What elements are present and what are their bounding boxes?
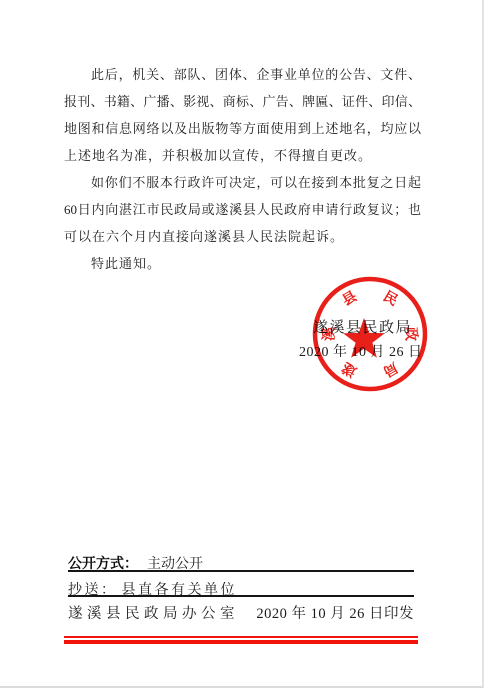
- publicity-label: 公开方式：: [68, 555, 138, 571]
- official-seal-stamp: 遂 溪 县 民 政 局: [300, 270, 445, 404]
- body-line: 如你们不服本行政许可决定，可以在接到本批复之日起: [64, 169, 421, 196]
- seal-char: 局: [380, 359, 400, 380]
- cc-label: 抄送：: [68, 583, 118, 598]
- issuer-row: 遂溪县民政局办公室 2020 年 10 月 26 日印发: [68, 602, 414, 622]
- footer-red-rule-thin: [64, 636, 418, 638]
- seal-char: 政: [403, 327, 420, 341]
- publicity-row: 公开方式：主动公开: [68, 553, 414, 572]
- body-line: 可以在六个月内直接向遂溪县人民法院起诉。: [64, 223, 421, 250]
- issuing-office: 遂溪县民政局办公室: [68, 602, 239, 623]
- footer-red-rule-thick: [64, 640, 418, 644]
- body-line: 报刊、书籍、广播、影视、商标、广告、牌匾、证件、印信、: [64, 88, 421, 115]
- document-page: 此后，机关、部队、团体、企事业单位的公告、文件、 报刊、书籍、广播、影视、商标、…: [0, 0, 484, 688]
- seal-char: 县: [340, 289, 360, 310]
- cc-value: 县直各有关单位: [122, 583, 238, 598]
- cc-row: 抄送：县直各有关单位: [68, 579, 414, 597]
- seal-star-icon: [343, 318, 385, 358]
- body-line: 地图和信息网络以及出版物等方面使用到上述地名，均应以: [64, 115, 421, 142]
- seal-char: 民: [380, 289, 400, 310]
- seal-char: 遂: [338, 358, 359, 380]
- print-date: 2020 年 10 月 26 日印发: [256, 602, 414, 623]
- document-body: 此后，机关、部队、团体、企事业单位的公告、文件、 报刊、书籍、广播、影视、商标、…: [64, 61, 421, 277]
- body-line: 此后，机关、部队、团体、企事业单位的公告、文件、: [64, 61, 421, 88]
- body-line: 60日内向湛江市民政局或遂溪县人民政府申请行政复议；也: [64, 196, 421, 223]
- seal-char: 溪: [321, 327, 338, 341]
- publicity-value: 主动公开: [147, 557, 203, 572]
- body-line: 上述地名为准，并积极加以宣传，不得擅自更改。: [64, 142, 421, 169]
